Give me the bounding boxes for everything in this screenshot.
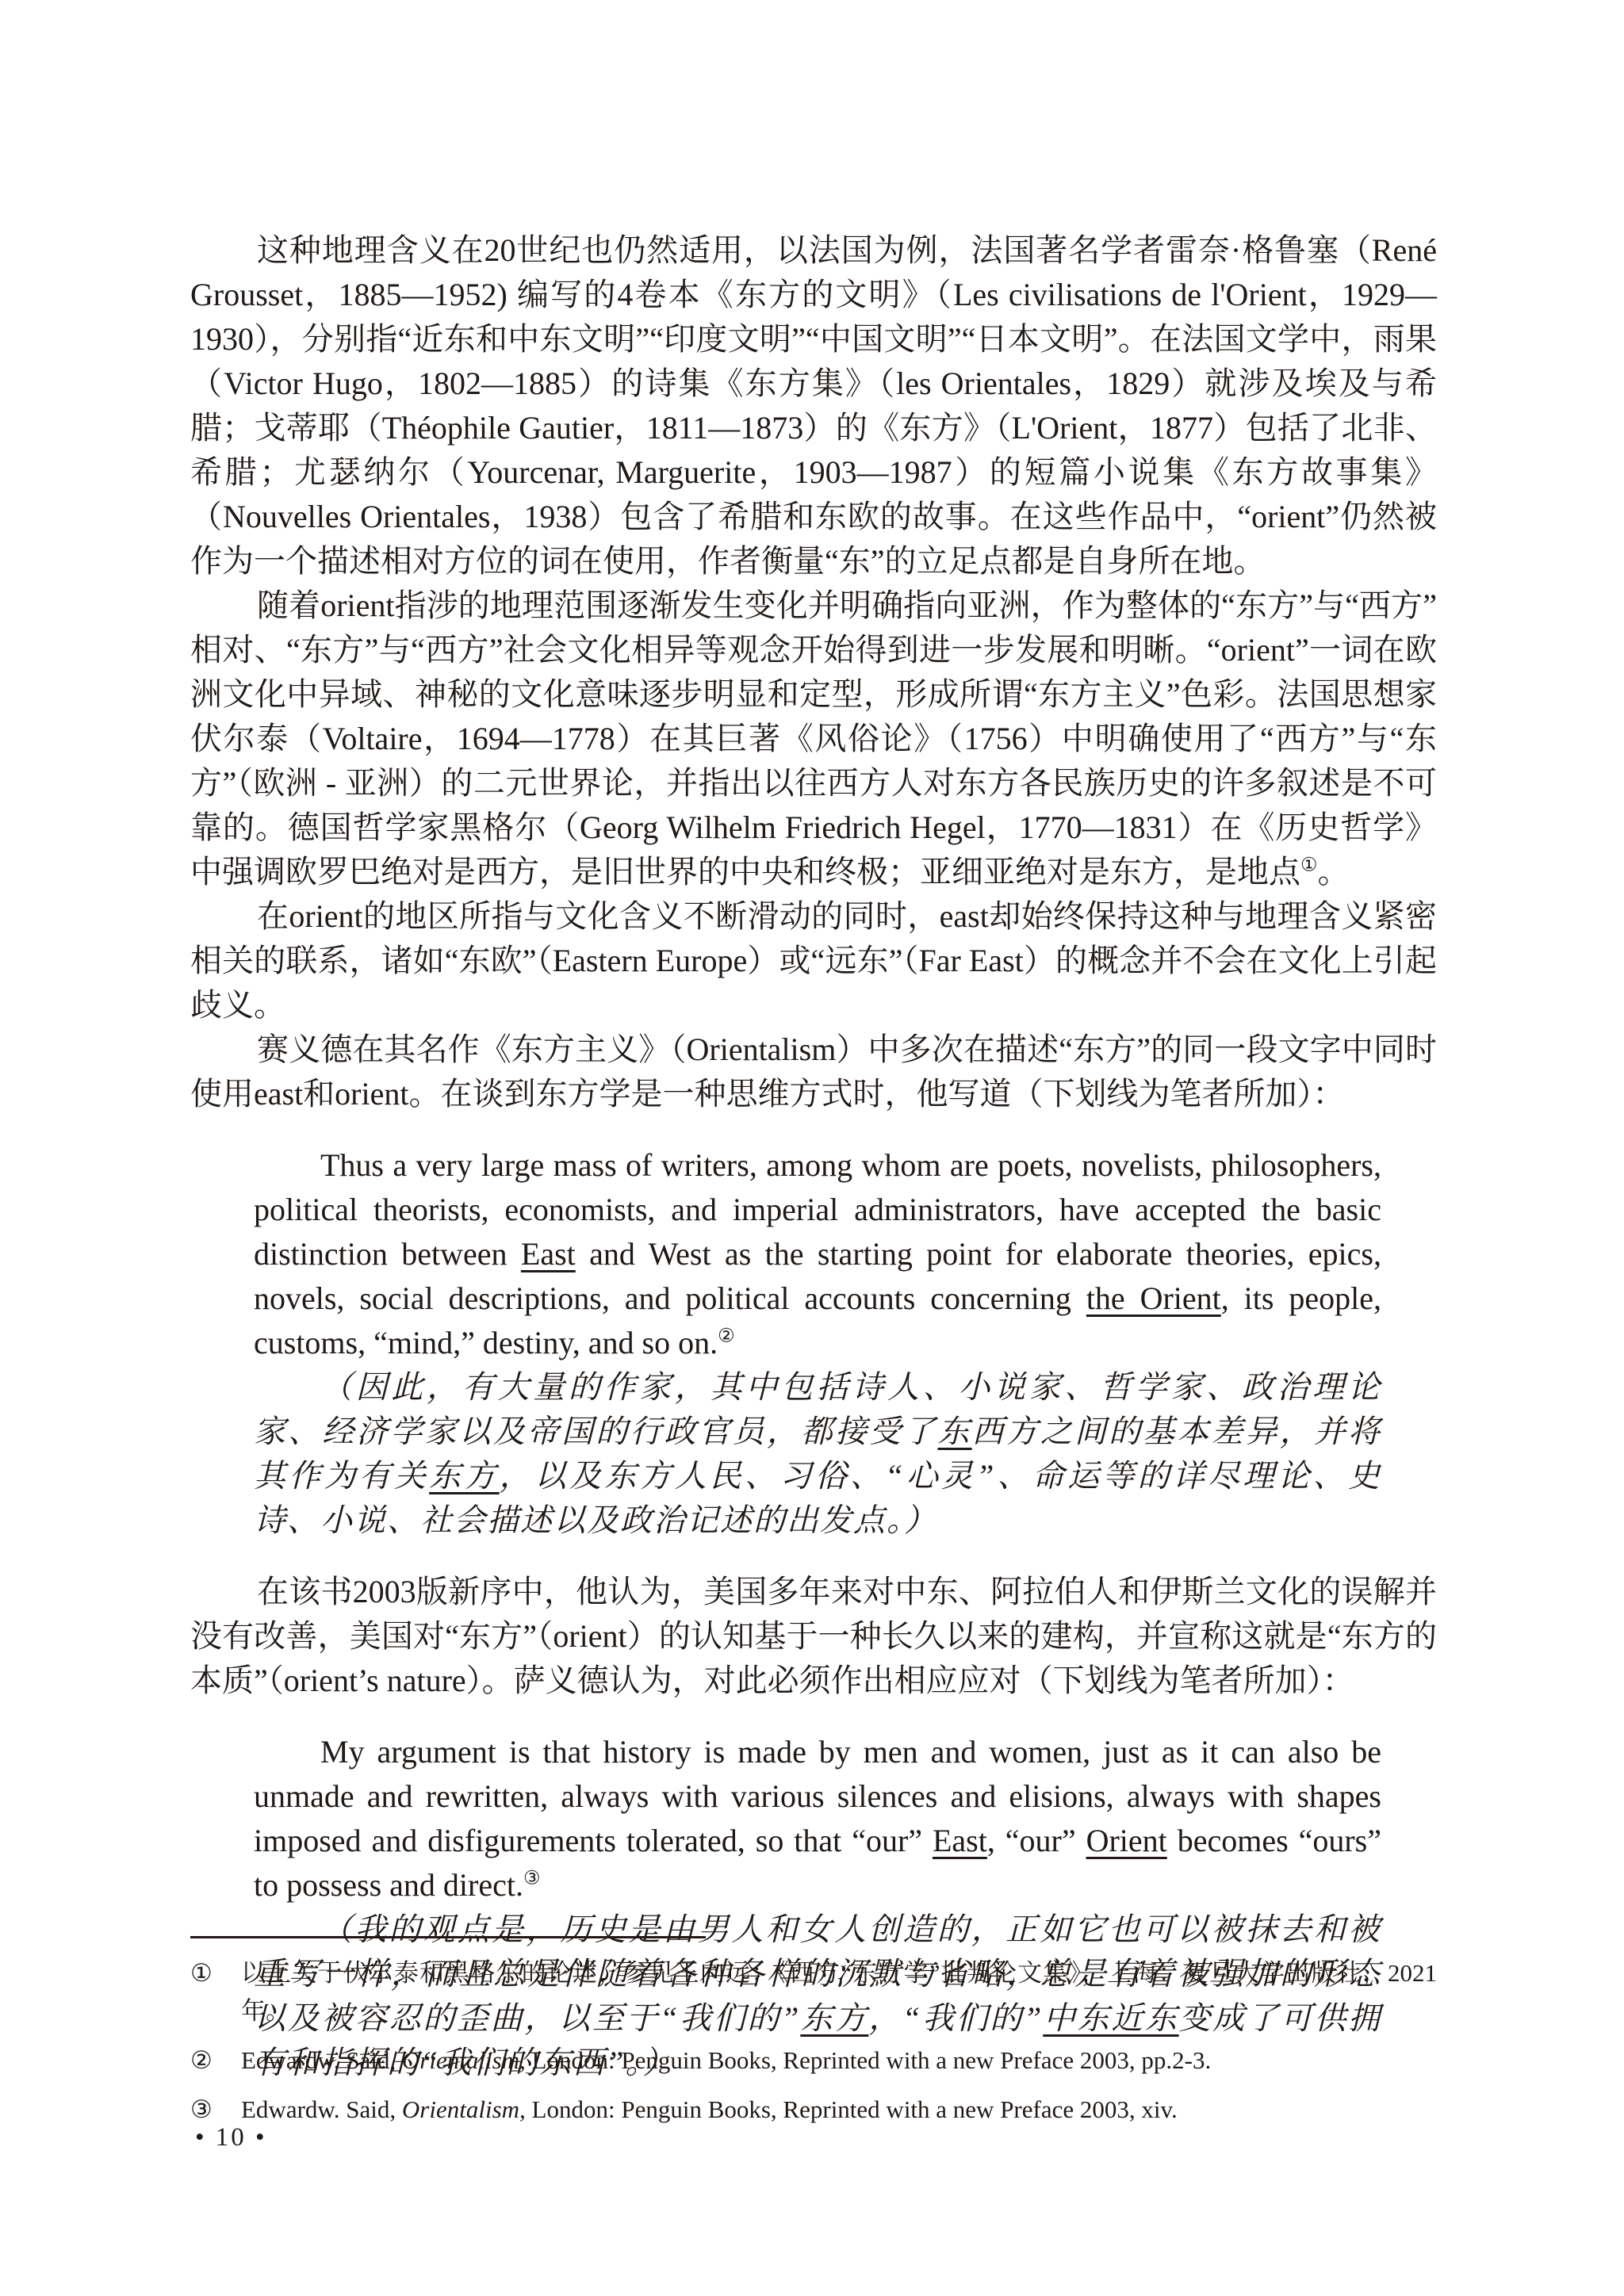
footnote-ref: ① (1300, 855, 1318, 876)
english-quote-paragraph: Thus a very large mass of writers, among… (254, 1143, 1381, 1365)
chinese-translation-paragraph: （因此，有大量的作家，其中包括诗人、小说家、哲学家、政治理论家、经济学家以及帝国… (254, 1365, 1381, 1543)
text-run: London: Penguin Books, Reprinted with a … (526, 2046, 1211, 2074)
footnote-section: ①以上关于伏尔泰和黑格尔的论述，参见王向远：《西方“东方学”批判论文集》，上海：… (190, 1936, 1437, 2140)
book-page: 这种地理含义在20世纪也仍然适用，以法国为例，法国著名学者雷奈·格鲁塞（René… (0, 0, 1624, 2296)
text-run: 以上关于伏尔泰和黑格尔的论述，参见王向远：《西方“东方学”批判论文集》，上海：复… (241, 1959, 1437, 2025)
underlined-term: 东 (938, 1414, 972, 1449)
text-run: 赛义德在其名作《东方主义》（Orientalism）中多次在描述“东方”的同一段… (190, 1031, 1437, 1112)
footnote-ref: ② (718, 1326, 735, 1347)
text-run: 在orient的地区所指与文化含义不断滑动的同时，east却始终保持这种与地理含… (190, 898, 1437, 1023)
text-run: Edwardw. Said, (241, 2095, 402, 2123)
footnote-separator (190, 1936, 706, 1938)
footnote-text: Edwardw. Said, Orientalism, London: Peng… (241, 2091, 1437, 2129)
body-paragraph: 这种地理含义在20世纪也仍然适用，以法国为例，法国著名学者雷奈·格鲁塞（René… (190, 228, 1437, 584)
text-run: 这种地理含义在20世纪也仍然适用，以法国为例，法国著名学者雷奈·格鲁塞（René… (190, 232, 1437, 579)
text-run: 。 (1318, 854, 1350, 890)
english-quote-paragraph: My argument is that history is made by m… (254, 1730, 1381, 1908)
text-run: , “our” (987, 1823, 1086, 1858)
footnote-ref: ③ (523, 1869, 541, 1889)
page-number: • 10 • (195, 2123, 267, 2152)
text-run: Edwardw. Said, (241, 2046, 402, 2074)
article-body: 这种地理含义在20世纪也仍然适用，以法国为例，法国著名学者雷奈·格鲁塞（René… (190, 228, 1437, 2085)
underlined-term: East (933, 1823, 987, 1858)
footnote-text: Edwardw. Said, Orientalism, London: Peng… (241, 2042, 1437, 2080)
underlined-term: the Orient (1086, 1280, 1221, 1316)
text-run: London: Penguin Books, Reprinted with a … (526, 2095, 1178, 2123)
body-paragraph: 在orient的地区所指与文化含义不断滑动的同时，east却始终保持这种与地理含… (190, 894, 1437, 1027)
footnote: ③Edwardw. Said, Orientalism, London: Pen… (190, 2091, 1437, 2129)
text-run: 在该书2003版新序中，他认为，美国多年来对中东、阿拉伯人和伊斯兰文化的误解并没… (190, 1574, 1437, 1698)
body-paragraph: 赛义德在其名作《东方主义》（Orientalism）中多次在描述“东方”的同一段… (190, 1027, 1437, 1116)
footnote-marker: ② (190, 2042, 241, 2080)
footnote-text: 以上关于伏尔泰和黑格尔的论述，参见王向远：《西方“东方学”批判论文集》，上海：复… (241, 1954, 1437, 2030)
body-paragraph: 随着orient指涉的地理范围逐渐发生变化并明确指向亚洲，作为整体的“东方”与“… (190, 584, 1437, 894)
footnote: ②Edwardw. Said, Orientalism, London: Pen… (190, 2042, 1437, 2080)
footnote-list: ①以上关于伏尔泰和黑格尔的论述，参见王向远：《西方“东方学”批判论文集》，上海：… (190, 1954, 1437, 2129)
text-run: 随着orient指涉的地理范围逐渐发生变化并明确指向亚洲，作为整体的“东方”与“… (190, 587, 1437, 890)
footnote: ①以上关于伏尔泰和黑格尔的论述，参见王向远：《西方“东方学”批判论文集》，上海：… (190, 1954, 1437, 2030)
italic-title: Orientalism, (402, 2095, 526, 2123)
underlined-term: East (521, 1236, 576, 1272)
underlined-term: 东方 (429, 1458, 499, 1494)
italic-title: Orientalism, (402, 2046, 526, 2074)
footnote-marker: ① (190, 1954, 241, 2030)
body-paragraph: 在该书2003版新序中，他认为，美国多年来对中东、阿拉伯人和伊斯兰文化的误解并没… (190, 1570, 1437, 1703)
underlined-term: Orient (1086, 1823, 1167, 1858)
